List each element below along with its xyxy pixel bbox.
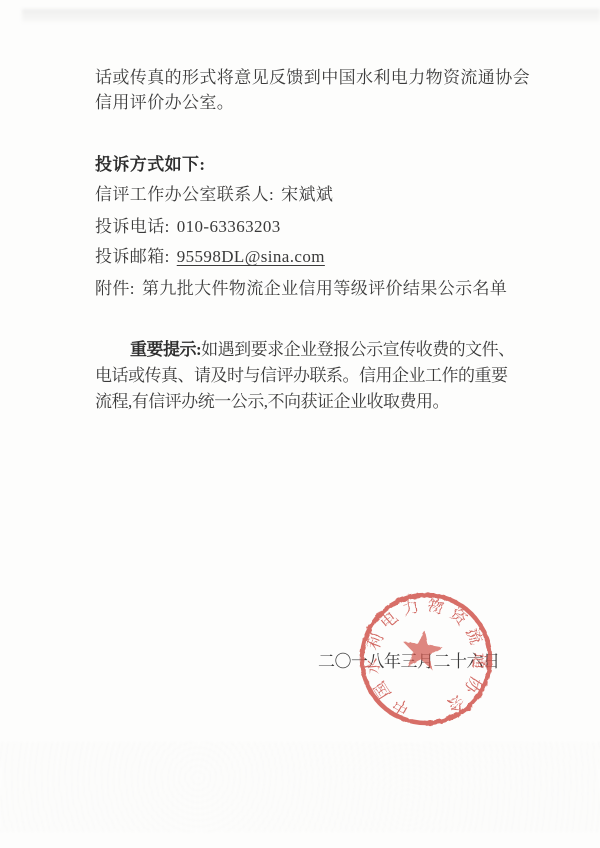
contact-person-row: 信评工作办公室联系人:宋斌斌	[95, 185, 333, 205]
complaint-heading: 投诉方式如下:	[95, 155, 205, 175]
notice-line-2: 电话或传真、请及时与信评办联系。信用企业工作的重要	[95, 366, 508, 386]
attachment-value: 第九批大件物流企业信用等级评价结果公示名单	[142, 279, 507, 298]
attachment-row: 附件:第九批大件物流企业信用等级评价结果公示名单	[95, 279, 507, 299]
notice-line-1: 重要提示:如遇到要求企业登报公示宣传收费的文件、	[95, 340, 515, 360]
notice-line-1-text: 如遇到要求企业登报公示宣传收费的文件、	[201, 340, 515, 359]
contact-person-label: 信评工作办公室联系人:	[95, 185, 274, 204]
email-value: 95598DL@sina.com	[177, 247, 325, 266]
official-seal: 中国水利电力物资流通协会	[352, 585, 500, 733]
document-page: 话或传真的形式将意见反馈到中国水利电力物资流通协会 信用评价办公室。 投诉方式如…	[0, 0, 600, 848]
phone-row: 投诉电话:010-63363203	[95, 217, 281, 237]
intro-line-1: 话或传真的形式将意见反馈到中国水利电力物资流通协会	[95, 68, 530, 88]
notice-line-3: 流程,有信评办统一公示,不向获证企业收取费用。	[95, 392, 449, 412]
contact-person-value: 宋斌斌	[281, 185, 333, 204]
intro-line-2: 信用评价办公室。	[95, 93, 234, 113]
scan-artifact-band	[22, 9, 600, 23]
email-label: 投诉邮箱:	[95, 247, 170, 266]
email-row: 投诉邮箱:95598DL@sina.com	[95, 247, 325, 267]
attachment-label: 附件:	[95, 279, 135, 298]
notice-bold-label: 重要提示:	[130, 340, 201, 359]
phone-value: 010-63363203	[177, 217, 281, 236]
paper-texture	[0, 742, 600, 832]
phone-label: 投诉电话:	[95, 217, 170, 236]
seal-star	[400, 627, 445, 670]
